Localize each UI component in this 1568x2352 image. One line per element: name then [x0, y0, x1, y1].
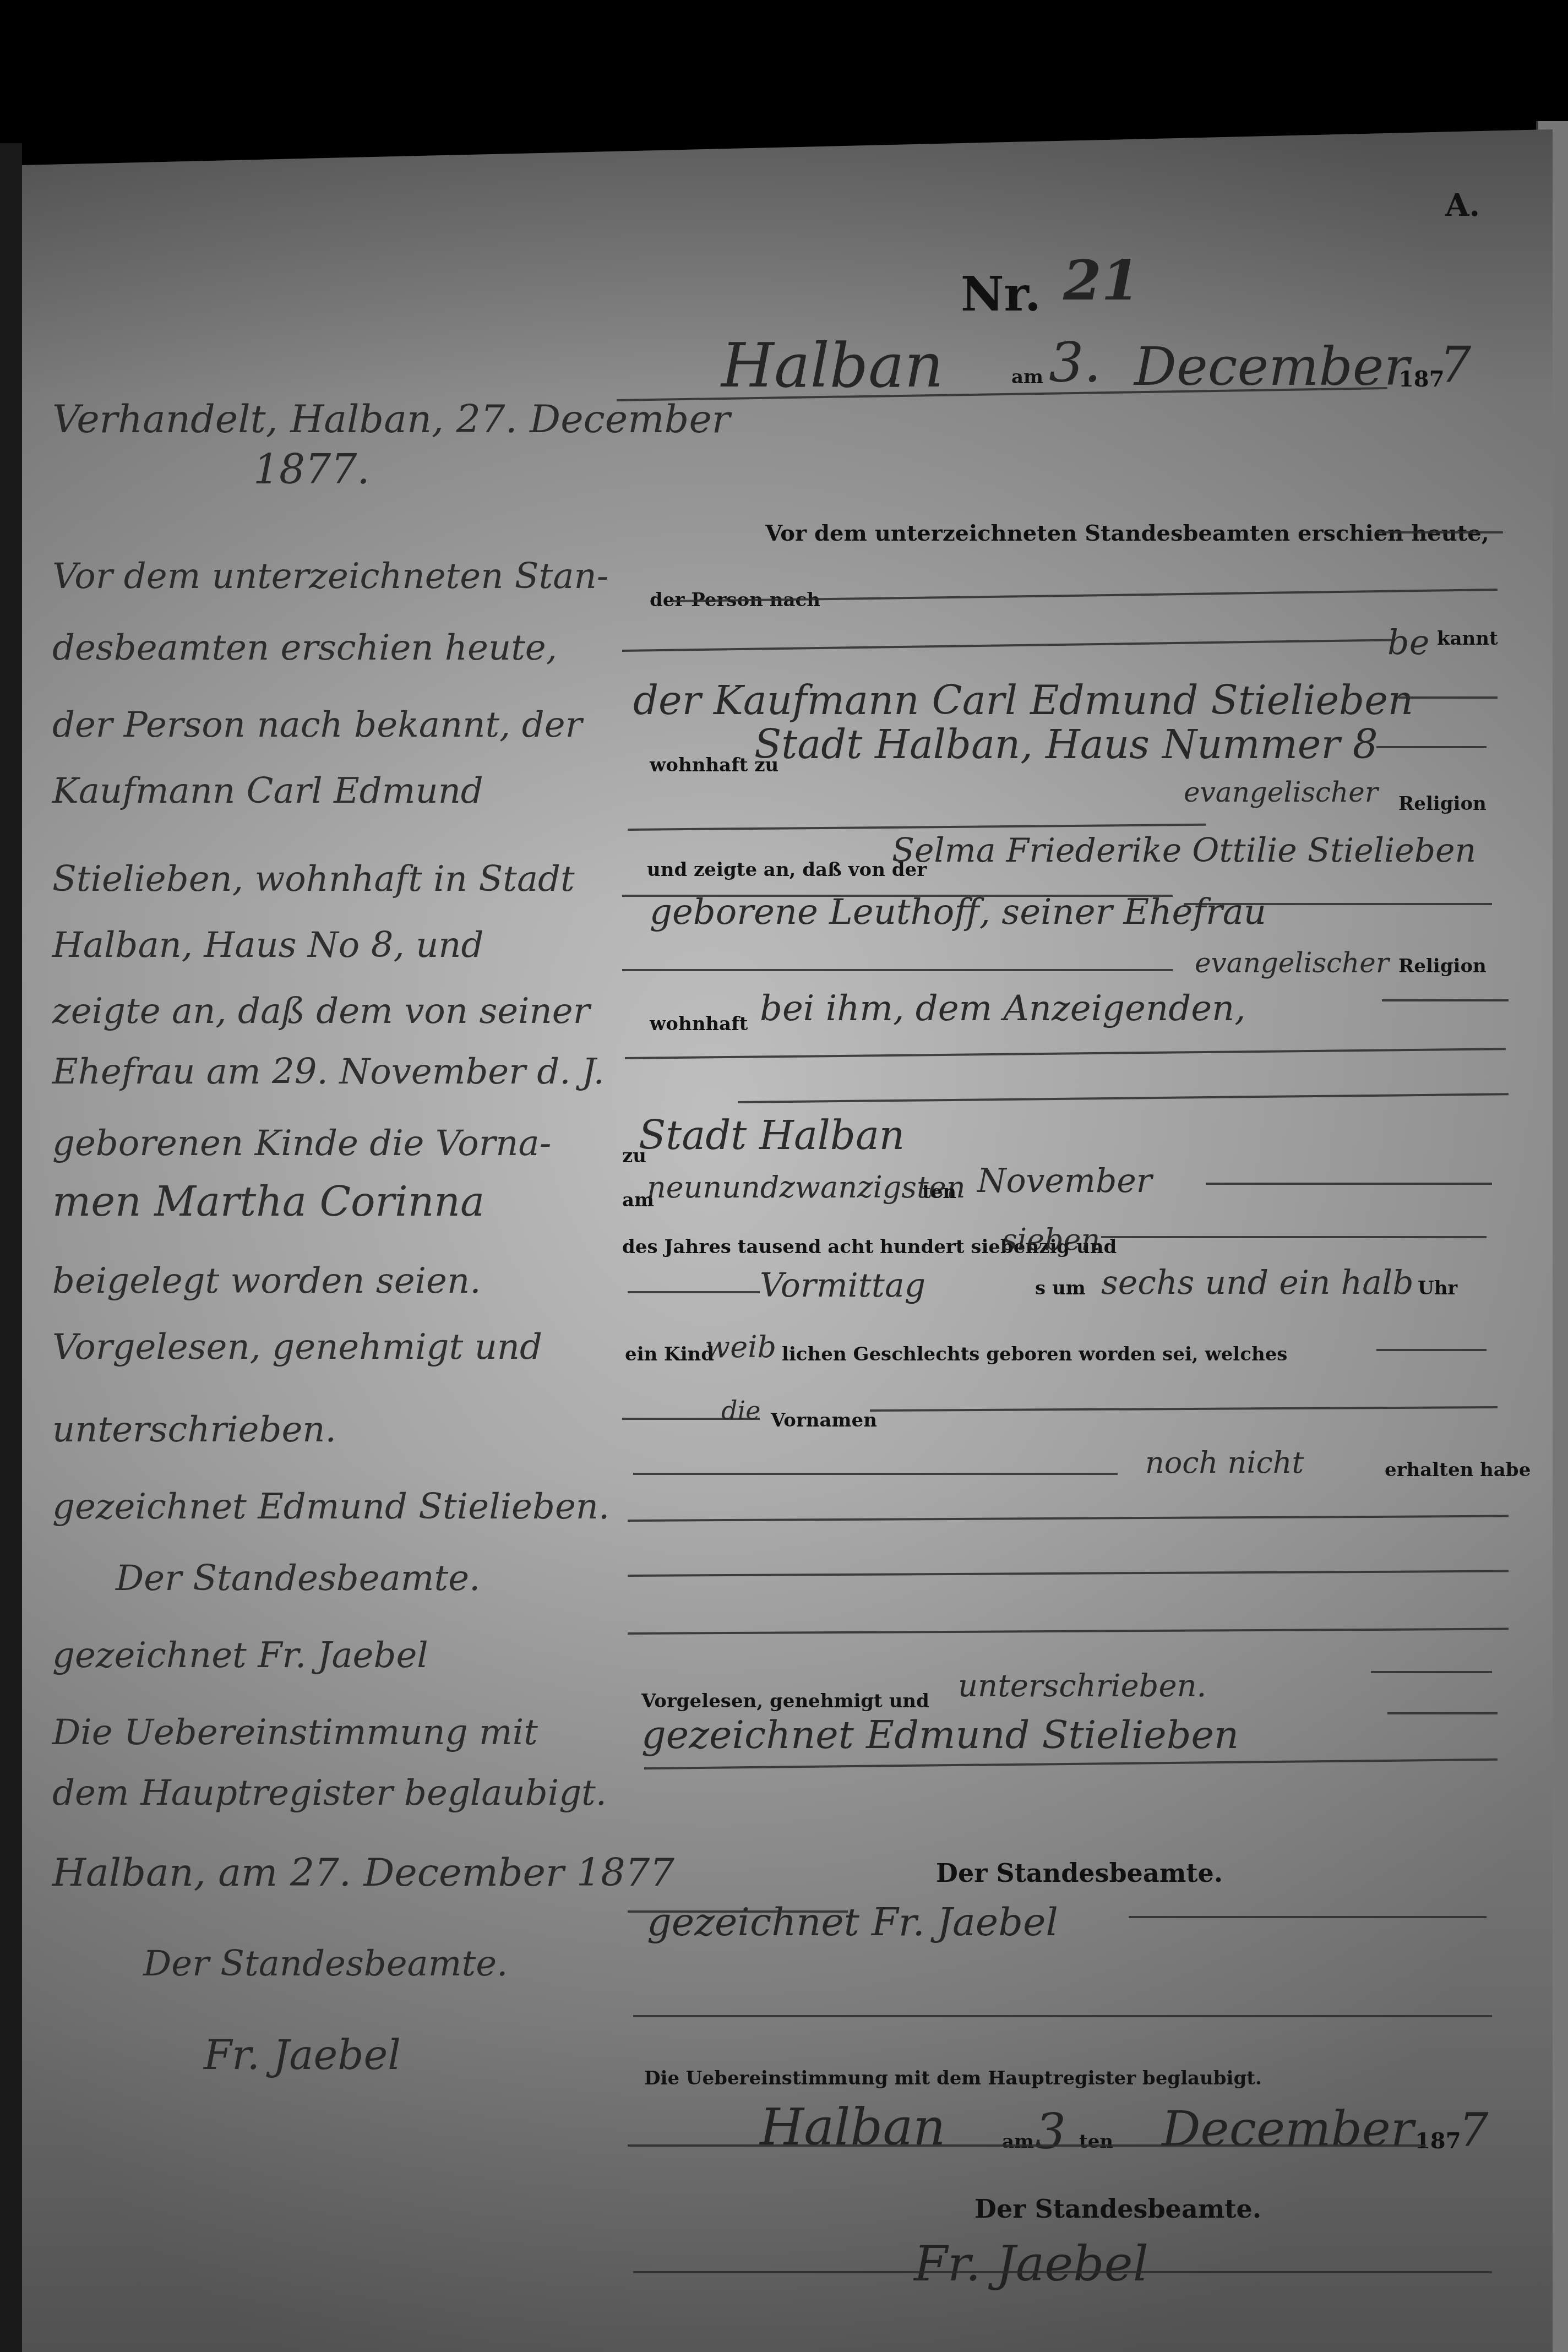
s-um-label: s um: [1035, 1277, 1086, 1299]
margin-line: Halban, Haus No 8, und: [52, 925, 484, 966]
known-suffix: kannt: [1437, 628, 1498, 650]
cert-date-line: [628, 2144, 1426, 2147]
registrar-signature: gezeichnet Fr. Jaebel: [647, 1899, 1058, 1945]
form-line: [628, 1910, 848, 1913]
margin-line: Vor dem unterzeichneten Stan-: [52, 556, 608, 597]
page-left-edge: [0, 143, 22, 2352]
form-line: [1184, 903, 1492, 905]
margin-line: beigelegt worden seien.: [52, 1261, 481, 1302]
birth-year-unit: sieben: [1002, 1222, 1100, 1257]
form-line: [633, 2271, 1492, 2273]
received-label: erhalten habe: [1385, 1459, 1531, 1481]
forename-prefix: die: [721, 1396, 760, 1425]
forename-label: Vornamen: [771, 1409, 877, 1431]
margin-line: unterschrieben.: [52, 1409, 336, 1450]
margin-line: dem Hauptregister beglaubigt.: [52, 1773, 607, 1814]
form-line: [1206, 1183, 1492, 1185]
margin-line-forenames: men Martha Corinna: [52, 1178, 484, 1226]
form-line: [1387, 1712, 1498, 1714]
form-line: [1101, 1236, 1487, 1238]
cert-year-prefix: 187: [1415, 2128, 1461, 2154]
margin-line: 1877.: [253, 446, 370, 493]
child-label: ein Kind: [625, 1343, 714, 1365]
margin-line: Stielieben, wohnhaft in Stadt: [52, 859, 575, 900]
margin-line: Vorgelesen, genehmigt und: [52, 1327, 542, 1368]
margin-line: Die Uebereinstimmung mit: [52, 1712, 538, 1753]
form-line: [1382, 999, 1509, 1001]
margin-line: Kaufmann Carl Edmund: [52, 771, 483, 812]
form-line: [1129, 1916, 1487, 1918]
cert-registrar-signature: Fr. Jaebel: [914, 2235, 1148, 2292]
form-line: [1376, 1349, 1487, 1351]
header-place: Halban: [721, 330, 944, 401]
record-number-label: Nr.: [961, 266, 1041, 322]
margin-line: Halban, am 27. December 1877: [52, 1850, 674, 1895]
cert-year-suffix: 7: [1459, 2103, 1488, 2157]
header-day: 3.: [1049, 330, 1101, 395]
informant-residence: Stadt Halban, Haus Nummer 8: [754, 721, 1378, 767]
ten-label: ten: [922, 1181, 956, 1203]
form-line: [1371, 1671, 1492, 1673]
margin-line: Der Standesbeamte.: [116, 1558, 480, 1599]
birth-month: November: [977, 1162, 1152, 1200]
forename-status: noch nicht: [1145, 1445, 1304, 1480]
cert-place: Halban: [760, 2098, 946, 2157]
form-line: [633, 1473, 1118, 1475]
read-approved-label: Vorgelesen, genehmigt und: [641, 1690, 929, 1712]
form-line: [1398, 696, 1498, 699]
margin-line: Ehefrau am 29. November d. J.: [52, 1052, 605, 1092]
header-year-suffix: 7: [1440, 336, 1471, 394]
mother-residence-label: wohnhaft: [650, 1013, 748, 1035]
known-prefix: be: [1387, 622, 1429, 662]
form-line: [622, 1418, 760, 1420]
margin-line: gezeichnet Fr. Jaebel: [52, 1635, 428, 1676]
record-number-value: 21: [1063, 248, 1140, 313]
form-line: [628, 1291, 760, 1293]
cert-month: December: [1162, 2100, 1414, 2157]
margin-line: Der Standesbeamte.: [143, 1943, 508, 1984]
margin-line: Fr. Jaebel: [204, 2032, 401, 2079]
mother-religion-label: Religion: [1398, 955, 1487, 977]
margin-line: zeigte an, daß dem von seiner: [52, 991, 590, 1032]
informant-name: der Kaufmann Carl Edmund Stielieben: [633, 677, 1413, 723]
child-sex: weib: [705, 1330, 776, 1364]
birth-day: neunundzwanzigsten: [647, 1170, 966, 1205]
form-line: [622, 969, 1173, 971]
record-number: Nr. 21: [961, 259, 1134, 324]
margin-line: geborenen Kinde die Vorna-: [52, 1123, 551, 1164]
form-letter: A.: [1445, 187, 1480, 224]
informant-signature: gezeichnet Edmund Stielieben: [641, 1712, 1239, 1757]
sex-suffix-label: lichen Geschlechts geboren worden sei, w…: [782, 1343, 1287, 1365]
cert-day: 3: [1035, 2103, 1066, 2160]
form-line: [1376, 746, 1487, 748]
mother-religion: evangelischer: [1195, 947, 1389, 979]
form-line: [633, 2015, 1492, 2017]
time-of-day: Vormittag: [760, 1266, 925, 1305]
registrar-heading: Der Standesbeamte.: [936, 1858, 1223, 1888]
margin-line: der Person nach bekannt, der: [52, 705, 582, 745]
mother-name: Selma Friederike Ottilie Stielieben: [892, 831, 1476, 870]
header-am-label: am: [1011, 366, 1043, 388]
mother-maiden-name: geborene Leuthoff, seiner Ehefrau: [650, 892, 1266, 933]
religion-label: Religion: [1398, 793, 1487, 815]
form-line: [1376, 531, 1503, 533]
header-year-prefix: 187: [1398, 366, 1445, 392]
birth-place: Stadt Halban: [639, 1112, 905, 1158]
announce-label: und zeigte an, daß von der: [647, 859, 927, 881]
margin-line: desbeamten erschien heute,: [52, 628, 557, 668]
certification-label: Die Uebereinstimmung mit dem Hauptregist…: [644, 2067, 1262, 2089]
cert-am-label: am: [1002, 2131, 1034, 2153]
mother-residence: bei ihm, dem Anzeigenden,: [760, 988, 1246, 1029]
informant-religion: evangelischer: [1184, 776, 1378, 808]
margin-line: gezeichnet Edmund Stielieben.: [52, 1487, 609, 1527]
signed-word: unterschrieben.: [958, 1668, 1206, 1704]
margin-line: Verhandelt, Halban, 27. December: [52, 396, 730, 442]
birth-time: sechs und ein halb: [1101, 1264, 1414, 1302]
cert-ten-label: ten: [1079, 2131, 1113, 2153]
cert-registrar-heading: Der Standesbeamte.: [974, 2194, 1261, 2224]
uhr-label: Uhr: [1418, 1277, 1457, 1299]
